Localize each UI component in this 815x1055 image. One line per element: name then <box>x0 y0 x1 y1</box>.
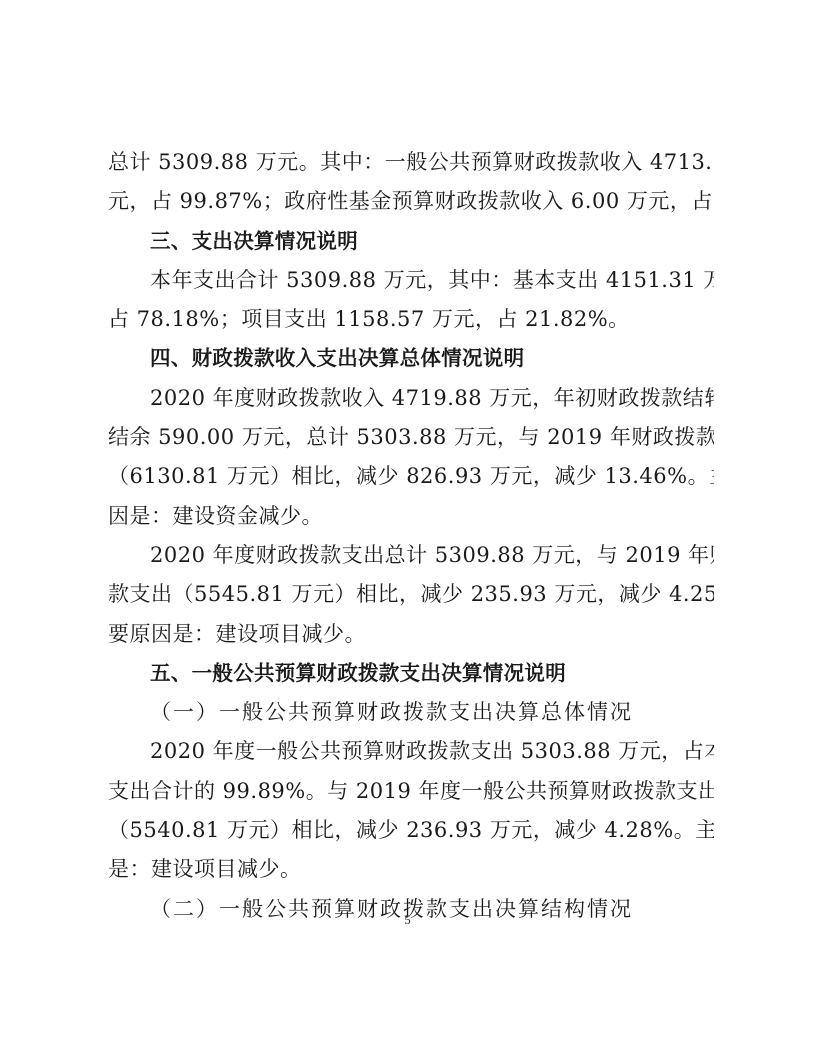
paragraph-line: 款支出（5545.81 万元）相比，减少 235.93 万元，减少 4.25%。… <box>108 575 714 614</box>
paragraph-line: 因是：建设资金减少。 <box>108 497 714 536</box>
section-heading-fiscal-overview: 四、财政拨款收入支出决算总体情况说明 <box>108 339 714 378</box>
paragraph-line: 总计 5309.88 万元。其中：一般公共预算财政拨款收入 4713.88 万 <box>108 143 714 182</box>
paragraph-line: 2020 年度财政拨款收入 4719.88 万元，年初财政拨款结转和 <box>108 379 714 418</box>
paragraph-line: 是：建设项目减少。 <box>108 850 714 889</box>
section-heading-general-budget: 五、一般公共预算财政拨款支出决算情况说明 <box>108 654 714 693</box>
paragraph-line: 元，占 99.87%；政府性基金预算财政拨款收入 6.00 万元，占 0.13%… <box>108 182 714 221</box>
paragraph-line: 本年支出合计 5309.88 万元，其中：基本支出 4151.31 万元， <box>108 261 714 300</box>
paragraph-line: 支出合计的 99.89%。与 2019 年度一般公共预算财政拨款支出 <box>108 772 714 811</box>
section-heading-expenditure: 三、支出决算情况说明 <box>108 222 714 261</box>
paragraph-line: 要原因是：建设项目减少。 <box>108 615 714 654</box>
paragraph-line: 结余 590.00 万元，总计 5303.88 万元，与 2019 年财政拨款收… <box>108 418 714 457</box>
document-page: 总计 5309.88 万元。其中：一般公共预算财政拨款收入 4713.88 万 … <box>108 143 714 929</box>
paragraph-line: （5540.81 万元）相比，减少 236.93 万元，减少 4.28%。主要原… <box>108 811 714 850</box>
page-number: 5 <box>0 912 815 928</box>
paragraph-line: 2020 年度一般公共预算财政拨款支出 5303.88 万元，占本年 <box>108 732 714 771</box>
paragraph-line: 占 78.18%；项目支出 1158.57 万元，占 21.82%。 <box>108 300 714 339</box>
paragraph-line: （6130.81 万元）相比，减少 826.93 万元，减少 13.46%。主要… <box>108 457 714 496</box>
paragraph-line: 2020 年度财政拨款支出总计 5309.88 万元，与 2019 年财政拨 <box>108 536 714 575</box>
subsection-heading-overall: （一）一般公共预算财政拨款支出决算总体情况 <box>108 693 714 732</box>
